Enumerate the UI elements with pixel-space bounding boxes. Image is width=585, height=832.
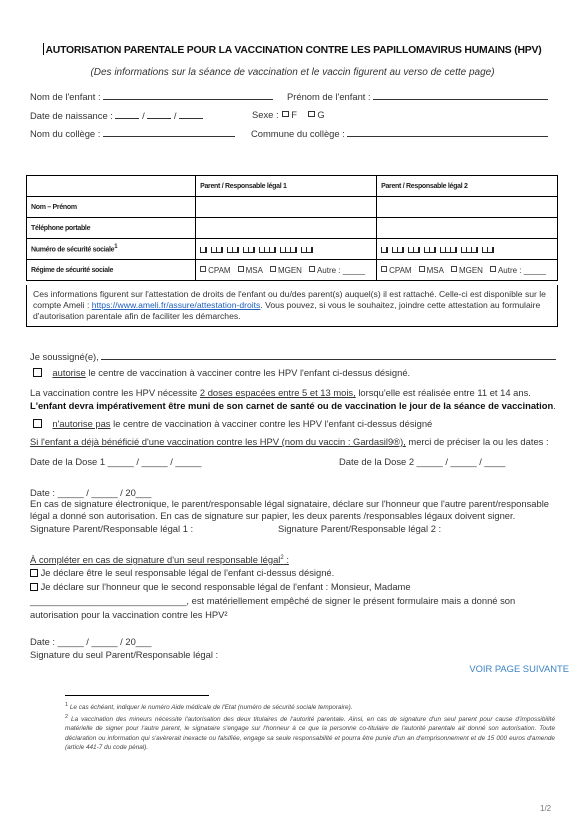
signature-parent1-label: Signature Parent/Responsable légal 1 : (30, 523, 193, 534)
footnote-ref-1: 1 (114, 244, 117, 250)
ssn-digit-group (301, 247, 313, 253)
ssn-digit-group (381, 247, 388, 253)
sex-row: Sexe : F G (252, 109, 325, 120)
table-header-row: Parent / Responsable légal 1 Parent / Re… (27, 176, 558, 197)
single-parent-option1: Je déclare être le seul responsable léga… (30, 567, 334, 578)
sex-f-label: F (291, 109, 297, 120)
sole-guardian-checkbox[interactable] (30, 569, 38, 577)
document-subtitle: (Des informations sur la séance de vacci… (0, 67, 585, 78)
sex-label: Sexe : (252, 109, 279, 120)
child-first-name-row: Prénom de l'enfant : (287, 90, 548, 102)
table-header-parent1: Parent / Responsable légal 1 (196, 176, 377, 197)
ssn-digit-group (243, 247, 255, 253)
footnote-2-number: 2 (65, 714, 68, 720)
checkbox-icon[interactable] (451, 266, 457, 272)
child-first-name-label: Prénom de l'enfant : (287, 91, 371, 102)
info-part2: lorsqu'elle est réalisée entre 11 et 14 … (356, 387, 531, 398)
parent1-ssn-field[interactable] (196, 239, 377, 260)
undersigned-label: Je soussigné(e), (30, 351, 99, 362)
vaccination-info: La vaccination contre les HPV nécessite … (30, 386, 560, 412)
option-label: MSA (246, 266, 263, 275)
ssn-label-text: Numéro de sécurité sociale (31, 247, 114, 254)
option-label: MGEN (278, 266, 302, 275)
authorize-checkbox[interactable] (33, 368, 42, 377)
birthdate-row: Date de naissance : / / (30, 109, 203, 121)
child-first-name-field[interactable] (373, 90, 548, 100)
option-label: Autre : _____ (498, 266, 546, 275)
ssn-digit-group (392, 247, 404, 253)
child-last-name-field[interactable] (103, 90, 273, 100)
table-row: Nom – Prénom (27, 197, 558, 218)
parent2-name-field[interactable] (377, 197, 558, 218)
school-city-label: Commune du collège : (251, 128, 345, 139)
table-row: Numéro de sécurité sociale1 (27, 239, 558, 260)
dose2-label: Date de la Dose 2 (339, 456, 414, 467)
birthdate-day-field[interactable] (115, 109, 139, 119)
row-label-ssn: Numéro de sécurité sociale1 (27, 239, 196, 260)
checkbox-icon[interactable] (270, 266, 276, 272)
checkbox-icon[interactable] (381, 266, 387, 272)
checkbox-icon[interactable] (419, 266, 425, 272)
authorize-keyword: autorise (52, 367, 85, 378)
regime-option-mgen[interactable]: MGEN (451, 266, 483, 275)
undersigned-row: Je soussigné(e), (30, 350, 556, 362)
child-last-name-label: Nom de l'enfant : (30, 91, 101, 102)
other-guardian-unable-checkbox[interactable] (30, 583, 38, 591)
school-field[interactable] (103, 127, 235, 137)
ssn-digit-group (440, 247, 457, 253)
heading-text: À compléter en cas de signature d'un seu… (30, 554, 280, 565)
ssn-boxes (381, 243, 494, 253)
option-label: CPAM (208, 266, 231, 275)
signature-date[interactable]: Date : _____ / _____ / 20___ (30, 487, 151, 498)
authorize-row: autorise le centre de vaccination à vacc… (33, 367, 410, 378)
parent2-phone-field[interactable] (377, 218, 558, 239)
birthdate-label: Date de naissance : (30, 110, 113, 121)
row-label-phone: Téléphone portable (27, 218, 196, 239)
checkbox-icon[interactable] (309, 266, 315, 272)
table-header-parent2: Parent / Responsable légal 2 (377, 176, 558, 197)
footnote-1-text: Le cas échéant, indiquer le numéro Aide … (70, 704, 353, 711)
ssn-digit-group (408, 247, 420, 253)
ssn-digit-group (259, 247, 276, 253)
dose2-row: Date de la Dose 2 _____ / _____ / ____ (339, 456, 505, 467)
single-signature-date[interactable]: Date : _____ / _____ / 20___ (30, 636, 151, 647)
parent2-ssn-field[interactable] (377, 239, 558, 260)
electronic-signature-note: En cas de signature électronique, le par… (30, 498, 570, 522)
previous-vaccination-question: Si l'enfant a déjà bénéficié d'une vacci… (30, 436, 406, 447)
ssn-digit-group (482, 247, 494, 253)
table-row: Téléphone portable (27, 218, 558, 239)
parent1-name-field[interactable] (196, 197, 377, 218)
info-bold: L'enfant devra impérativement être muni … (30, 400, 553, 411)
ssn-digit-group (280, 247, 297, 253)
footnote-1: 1 Le cas échéant, indiquer le numéro Aid… (65, 701, 555, 712)
checkbox-icon[interactable] (238, 266, 244, 272)
dose1-row: Date de la Dose 1 _____ / _____ / _____ (30, 456, 202, 467)
school-label: Nom du collège : (30, 128, 100, 139)
regime-option-cpam[interactable]: CPAM (200, 266, 231, 275)
regime-option-autre[interactable]: Autre : _____ (490, 266, 546, 275)
refuse-checkbox[interactable] (33, 419, 42, 428)
sex-f-checkbox[interactable] (282, 111, 289, 117)
ssn-digit-group (461, 247, 478, 253)
checkbox-icon[interactable] (490, 266, 496, 272)
refuse-keyword: n'autorise pas (52, 418, 110, 429)
parents-table: Parent / Responsable légal 1 Parent / Re… (26, 175, 558, 281)
table-row: Régime de sécurité sociale CPAMMSAMGENAu… (27, 260, 558, 281)
ssn-digit-group (227, 247, 239, 253)
option-label: CPAM (389, 266, 412, 275)
footnote-2: 2 La vaccination des mineurs nécessite l… (65, 713, 555, 752)
info-doses: 2 doses espacées entre 5 et 13 mois, (200, 387, 356, 398)
ssn-digit-group (424, 247, 436, 253)
title-text: AUTORISATION PARENTALE POUR LA VACCINATI… (45, 45, 541, 56)
document-title: AUTORISATION PARENTALE POUR LA VACCINATI… (0, 43, 585, 56)
birthdate-year-field[interactable] (179, 109, 203, 119)
ssn-digit-group (200, 247, 207, 253)
dose2-date-field[interactable]: _____ / _____ / ____ (417, 456, 506, 467)
regime-option-cpam[interactable]: CPAM (381, 266, 412, 275)
sole-guardian-text: Je déclare être le seul responsable léga… (41, 567, 335, 578)
ssn-digit-group (211, 247, 223, 253)
regime-option-mgen[interactable]: MGEN (270, 266, 302, 275)
school-city-field[interactable] (347, 127, 548, 137)
school-city-row: Commune du collège : (251, 127, 548, 139)
option-label: MGEN (459, 266, 483, 275)
previous-vaccination-rest: merci de préciser la ou les dates : (406, 436, 549, 447)
checkbox-icon[interactable] (200, 266, 206, 272)
single-signature-label: Signature du seul Parent/Responsable lég… (30, 649, 218, 660)
birthdate-month-field[interactable] (147, 109, 171, 119)
parent1-regime-options: CPAMMSAMGENAutre : _____ (196, 260, 377, 281)
single-parent-option2: Je déclare sur l'honneur que le second r… (30, 581, 411, 592)
authorize-text: le centre de vaccination à vacciner cont… (86, 367, 410, 378)
footnote-1-number: 1 (65, 702, 68, 708)
option-label: Autre : _____ (317, 266, 365, 275)
sex-g-label: G (317, 109, 324, 120)
info-part1: La vaccination contre les HPV nécessite (30, 387, 200, 398)
ssn-boxes (200, 243, 313, 253)
regime-option-msa[interactable]: MSA (419, 266, 444, 275)
row-label-name: Nom – Prénom (27, 197, 196, 218)
heading-suffix: : (284, 554, 289, 565)
previous-vaccination-row: Si l'enfant a déjà bénéficié d'une vacci… (30, 436, 549, 447)
row-label-regime: Régime de sécurité sociale (27, 260, 196, 281)
undersigned-field[interactable] (101, 350, 556, 360)
dose1-date-field[interactable]: _____ / _____ / _____ (108, 456, 202, 467)
ameli-link[interactable]: https://www.ameli.fr/assure/attestation-… (92, 300, 261, 310)
refuse-text: le centre de vaccination à vacciner cont… (111, 418, 433, 429)
signature-parent2-label: Signature Parent/Responsable légal 2 : (278, 523, 441, 534)
option-label: MSA (427, 266, 444, 275)
other-guardian-continuation: ______________________________, est maté… (30, 594, 550, 622)
dose1-label: Date de la Dose 1 (30, 456, 105, 467)
single-parent-heading: À compléter en cas de signature d'un seu… (30, 554, 289, 565)
sex-g-checkbox[interactable] (308, 111, 315, 117)
parent1-phone-field[interactable] (196, 218, 377, 239)
child-last-name-row: Nom de l'enfant : (30, 90, 273, 102)
regime-option-autre[interactable]: Autre : _____ (309, 266, 365, 275)
ameli-info-box: Ces informations figurent sur l'attestat… (26, 285, 558, 327)
school-row: Nom du collège : (30, 127, 235, 139)
footnote-2-text: La vaccination des mineurs nécessite l'a… (65, 716, 555, 751)
regime-option-msa[interactable]: MSA (238, 266, 263, 275)
table-header-empty (27, 176, 196, 197)
page-number: 1/2 (540, 804, 551, 813)
next-page-link[interactable]: VOIR PAGE SUIVANTE (469, 663, 569, 674)
refuse-row: n'autorise pas le centre de vaccination … (33, 418, 432, 429)
parent2-regime-options: CPAMMSAMGENAutre : _____ (377, 260, 558, 281)
footnote-separator (65, 695, 209, 696)
other-guardian-text: Je déclare sur l'honneur que le second r… (41, 581, 411, 592)
